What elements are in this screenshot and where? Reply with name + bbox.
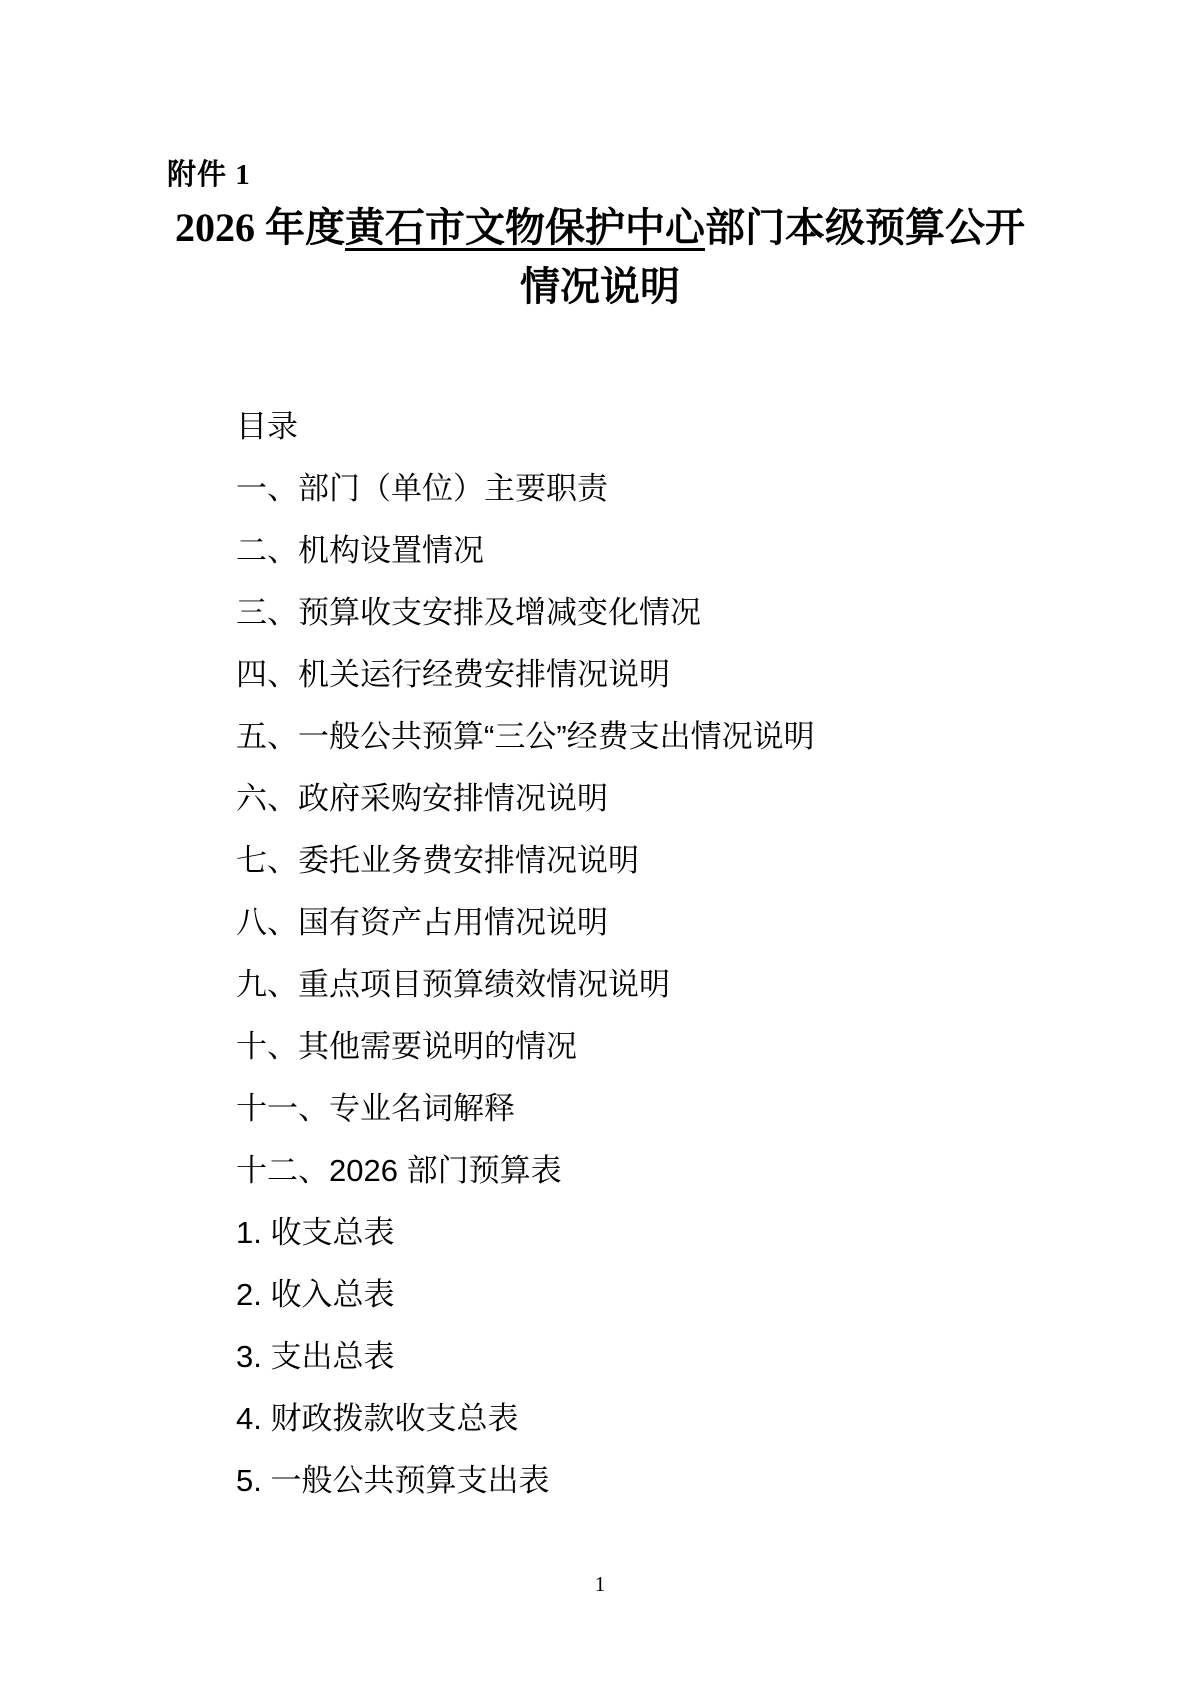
toc-item-8: 八、国有资产占用情况说明 bbox=[236, 892, 815, 954]
page-number: 1 bbox=[0, 1572, 1200, 1597]
toc-heading: 目录 bbox=[236, 396, 815, 458]
toc-item-1: 一、部门（单位）主要职责 bbox=[236, 458, 815, 520]
toc-item-7: 七、委托业务费安排情况说明 bbox=[236, 830, 815, 892]
attachment-label: 附件 1 bbox=[167, 152, 251, 193]
toc-item-5: 五、一般公共预算“三公”经费支出情况说明 bbox=[236, 706, 815, 768]
toc-item-12: 十二、2026 部门预算表 bbox=[236, 1140, 815, 1202]
toc-item-16: 4. 财政拨款收支总表 bbox=[236, 1388, 815, 1450]
toc-item-17: 5. 一般公共预算支出表 bbox=[236, 1450, 815, 1512]
title-organization-underlined: 黄石市文物保护中心 bbox=[345, 205, 705, 250]
table-of-contents: 目录 一、部门（单位）主要职责 二、机构设置情况 三、预算收支安排及增减变化情况… bbox=[236, 396, 815, 1512]
toc-item-13: 1. 收支总表 bbox=[236, 1202, 815, 1264]
toc-item-2: 二、机构设置情况 bbox=[236, 520, 815, 582]
title-prefix: 2026 年度 bbox=[175, 205, 345, 250]
toc-item-14: 2. 收入总表 bbox=[236, 1264, 815, 1326]
toc-item-4: 四、机关运行经费安排情况说明 bbox=[236, 644, 815, 706]
toc-item-15: 3. 支出总表 bbox=[236, 1326, 815, 1388]
toc-item-11: 十一、专业名词解释 bbox=[236, 1078, 815, 1140]
toc-item-6: 六、政府采购安排情况说明 bbox=[236, 768, 815, 830]
document-title: 2026 年度黄石市文物保护中心部门本级预算公开 情况说明 bbox=[0, 198, 1200, 316]
title-line-1: 2026 年度黄石市文物保护中心部门本级预算公开 bbox=[0, 198, 1200, 257]
title-suffix: 部门本级预算公开 bbox=[705, 205, 1025, 250]
toc-item-10: 十、其他需要说明的情况 bbox=[236, 1016, 815, 1078]
title-line-2: 情况说明 bbox=[0, 257, 1200, 316]
toc-item-3: 三、预算收支安排及增减变化情况 bbox=[236, 582, 815, 644]
toc-item-9: 九、重点项目预算绩效情况说明 bbox=[236, 954, 815, 1016]
document-page: 附件 1 2026 年度黄石市文物保护中心部门本级预算公开 情况说明 目录 一、… bbox=[0, 0, 1200, 1697]
